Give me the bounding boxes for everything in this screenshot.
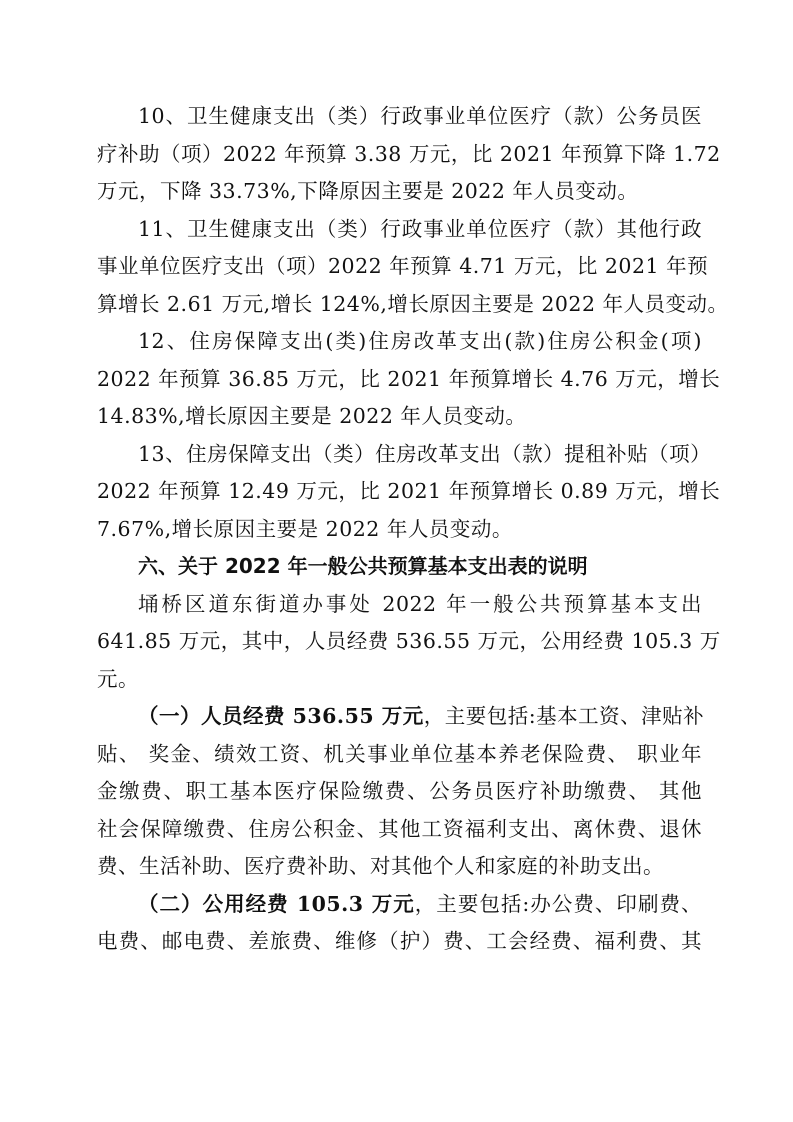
item-11-line-3: 算增长 2.61 万元,增长 124%,增长原因主要是 2022 年人员变动。 xyxy=(97,286,702,324)
item-13: 13、住房保障支出（类）住房改革支出（款）提租补贴（项） 2022 年预算 12… xyxy=(97,436,702,549)
item-10: 10、卫生健康支出（类）行政事业单位医疗（款）公务员医 疗补助（项）2022 年… xyxy=(97,98,702,211)
personnel-expenses: （一）人员经费 536.55 万元，主要包括:基本工资、津贴补 贴、 奖金、绩效… xyxy=(97,698,702,886)
intro-line-2: 641.85 万元，其中，人员经费 536.55 万元，公用经费 105.3 万 xyxy=(97,623,702,661)
public-label: （二）公用经费 105.3 万元 xyxy=(138,892,415,916)
public-line-1: （二）公用经费 105.3 万元，主要包括:办公费、印刷费、 xyxy=(97,886,702,924)
personnel-label: （一）人员经费 536.55 万元 xyxy=(138,704,424,728)
personnel-line-4: 社会保障缴费、住房公积金、其他工资福利支出、离休费、退休 xyxy=(97,811,702,849)
item-13-line-2: 2022 年预算 12.49 万元，比 2021 年预算增长 0.89 万元，增… xyxy=(97,473,702,511)
item-11-line-2: 事业单位医疗支出（项）2022 年预算 4.71 万元，比 2021 年预 xyxy=(97,248,702,286)
public-line-2: 电费、邮电费、差旅费、维修（护）费、工会经费、福利费、其 xyxy=(97,923,702,961)
personnel-first-rest: ，主要包括:基本工资、津贴补 xyxy=(424,704,704,728)
item-11-line-1: 11、卫生健康支出（类）行政事业单位医疗（款）其他行政 xyxy=(97,211,702,249)
item-10-line-2: 疗补助（项）2022 年预算 3.38 万元，比 2021 年预算下降 1.72 xyxy=(97,136,702,174)
item-10-line-1: 10、卫生健康支出（类）行政事业单位医疗（款）公务员医 xyxy=(97,98,702,136)
document-page: 10、卫生健康支出（类）行政事业单位医疗（款）公务员医 疗补助（项）2022 年… xyxy=(97,98,702,961)
item-13-line-3: 7.67%,增长原因主要是 2022 年人员变动。 xyxy=(97,511,702,549)
item-13-line-1: 13、住房保障支出（类）住房改革支出（款）提租补贴（项） xyxy=(97,436,702,474)
public-first-rest: ，主要包括:办公费、印刷费、 xyxy=(415,892,702,916)
personnel-line-3: 金缴费、职工基本医疗保险缴费、公务员医疗补助缴费、 其他 xyxy=(97,773,702,811)
item-12-line-1: 12、住房保障支出(类)住房改革支出(款)住房公积金(项) xyxy=(97,323,702,361)
item-12: 12、住房保障支出(类)住房改革支出(款)住房公积金(项) 2022 年预算 3… xyxy=(97,323,702,436)
intro-line-1: 埇桥区道东街道办事处 2022 年一般公共预算基本支出 xyxy=(97,586,702,624)
public-expenses: （二）公用经费 105.3 万元，主要包括:办公费、印刷费、 电费、邮电费、差旅… xyxy=(97,886,702,961)
section-six-heading: 六、关于 2022 年一般公共预算基本支出表的说明 xyxy=(97,548,702,586)
intro-line-3: 元。 xyxy=(97,661,702,699)
item-10-line-3: 万元，下降 33.73%,下降原因主要是 2022 年人员变动。 xyxy=(97,173,702,211)
item-12-line-3: 14.83%,增长原因主要是 2022 年人员变动。 xyxy=(97,398,702,436)
personnel-line-5: 费、生活补助、医疗费补助、对其他个人和家庭的补助支出。 xyxy=(97,848,702,886)
item-11: 11、卫生健康支出（类）行政事业单位医疗（款）其他行政 事业单位医疗支出（项）2… xyxy=(97,211,702,324)
section-six-intro: 埇桥区道东街道办事处 2022 年一般公共预算基本支出 641.85 万元，其中… xyxy=(97,586,702,699)
personnel-line-1: （一）人员经费 536.55 万元，主要包括:基本工资、津贴补 xyxy=(97,698,702,736)
item-12-line-2: 2022 年预算 36.85 万元，比 2021 年预算增长 4.76 万元，增… xyxy=(97,361,702,399)
personnel-line-2: 贴、 奖金、绩效工资、机关事业单位基本养老保险费、 职业年 xyxy=(97,736,702,774)
